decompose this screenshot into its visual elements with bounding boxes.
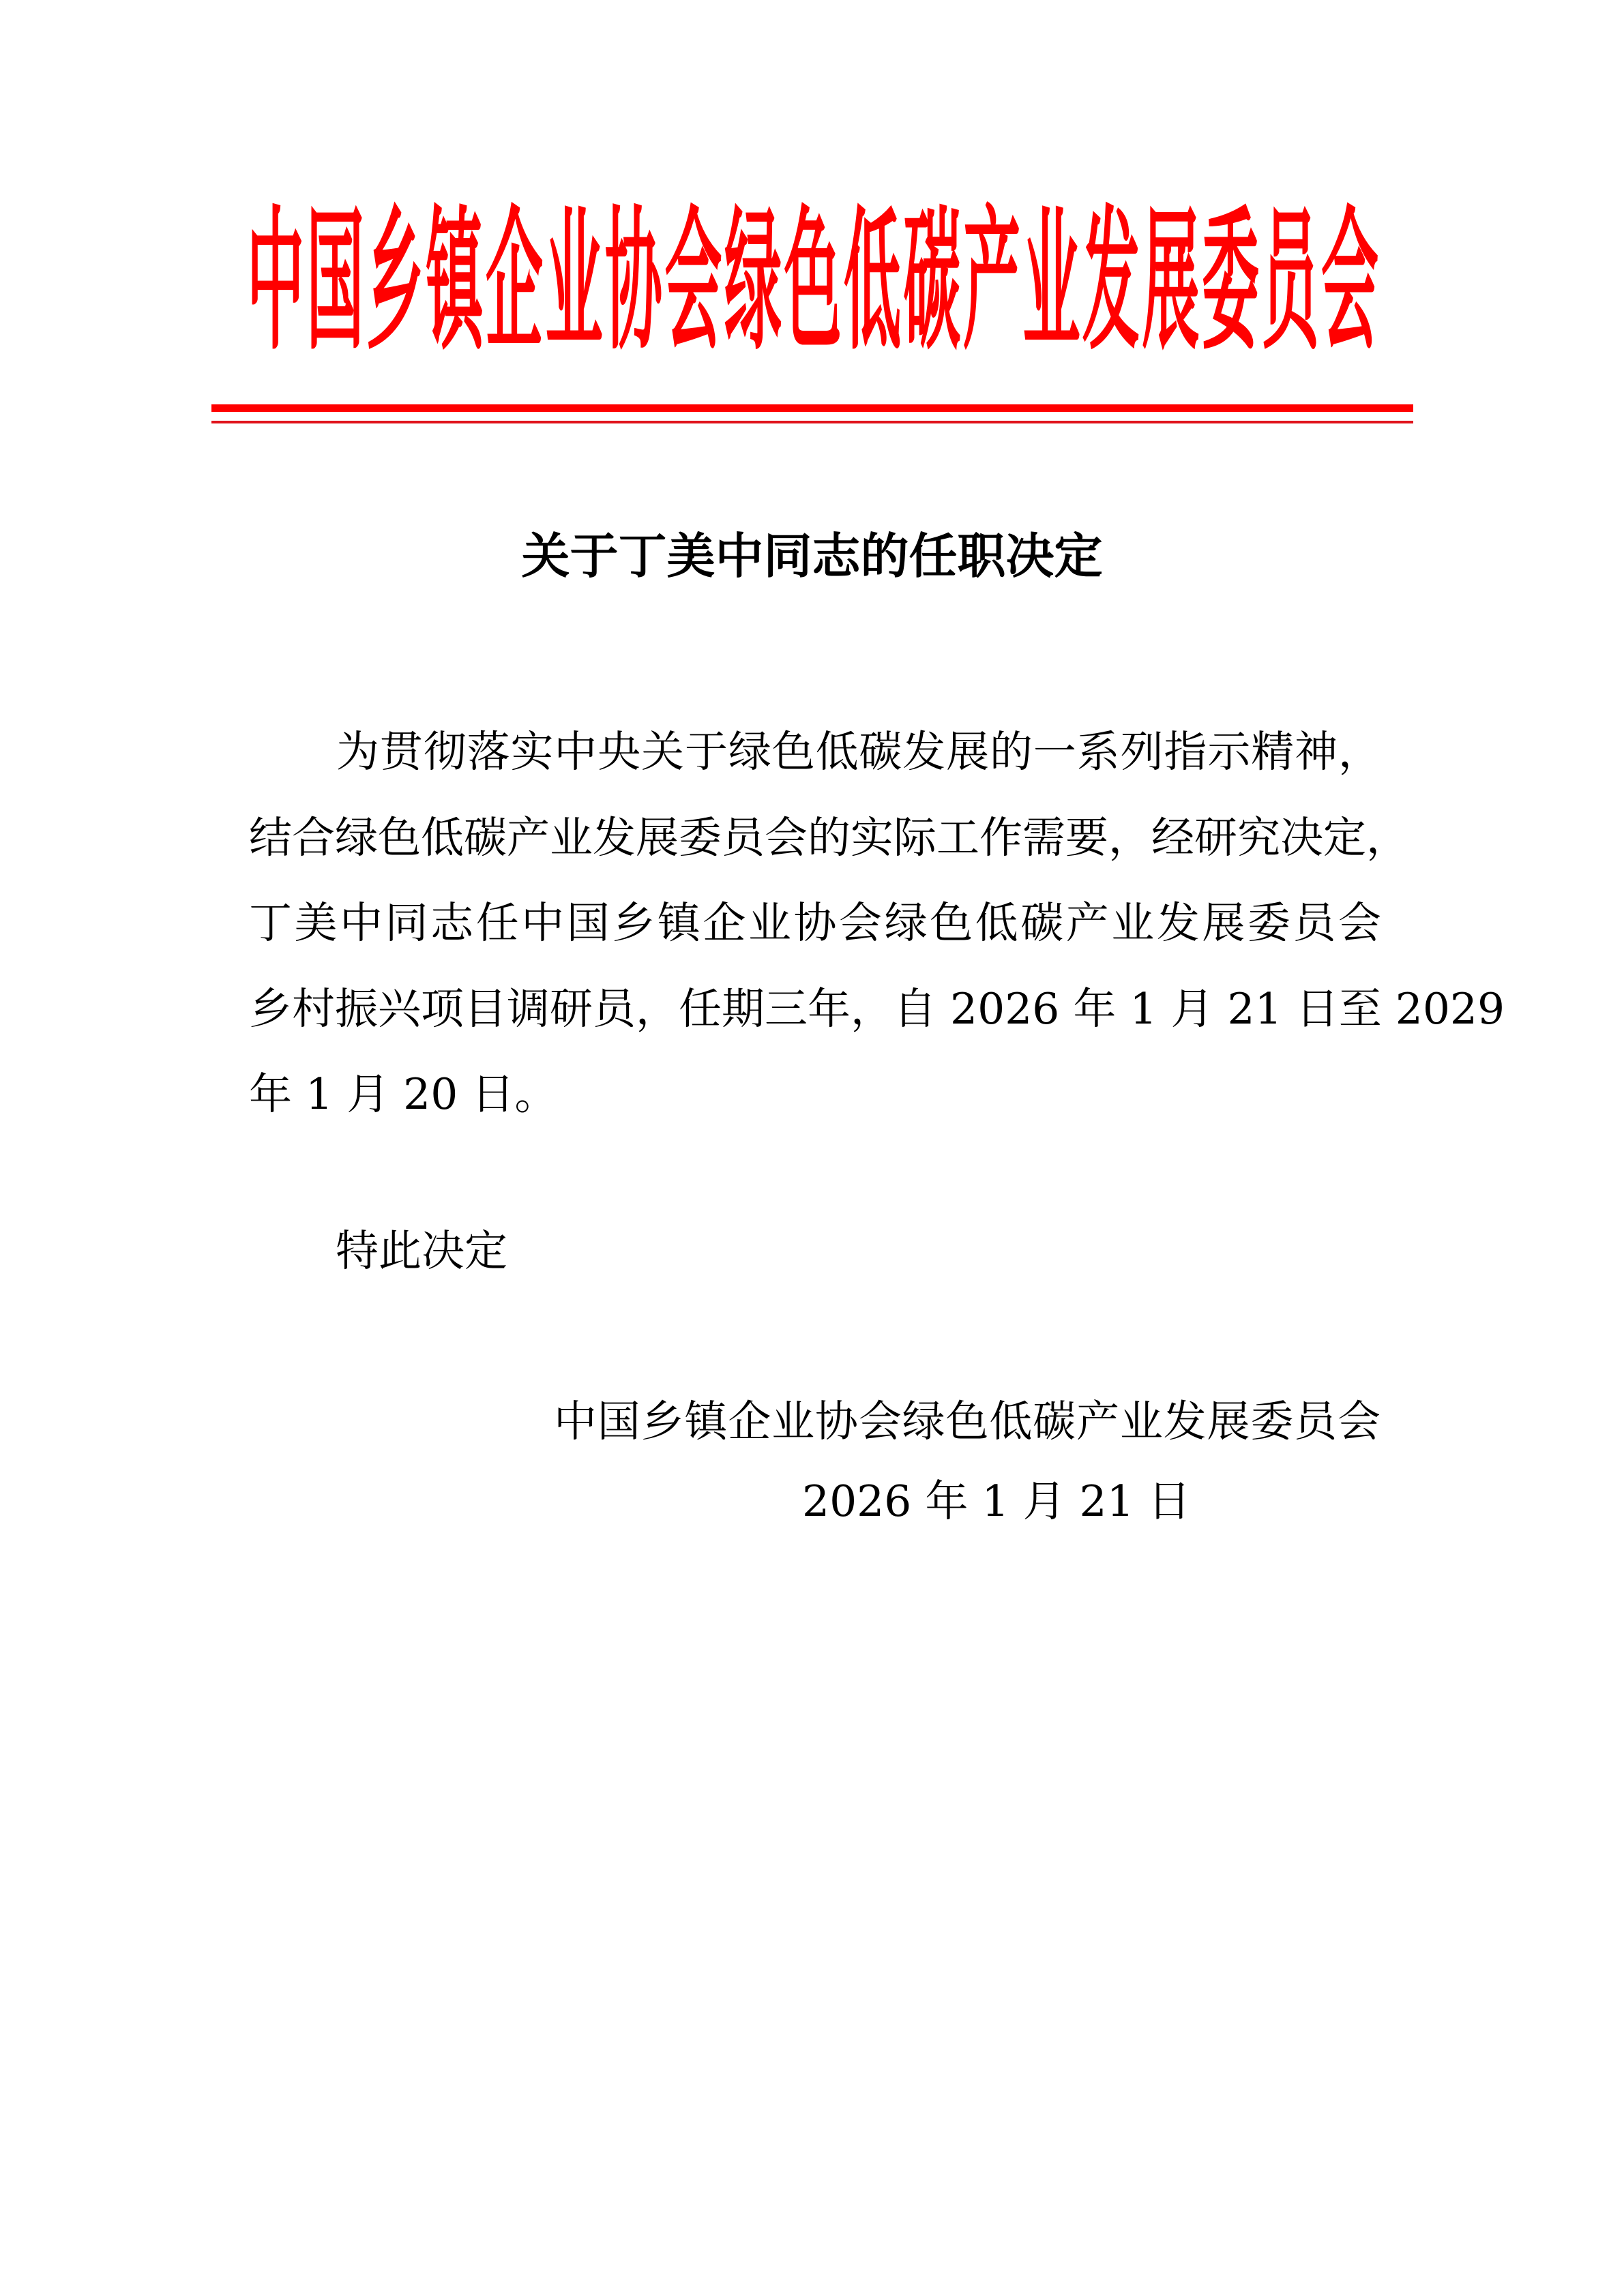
- body-line-5: 年 1 月 20 日。: [249, 1052, 1381, 1137]
- body-line-2: 结合绿色低碳产业发展委员会的实际工作需要，经研究决定，: [249, 795, 1381, 881]
- body-line-4: 乡村振兴项目调研员，任期三年，自 2026 年 1 月 21 日至 2029: [249, 966, 1381, 1052]
- masthead-organization-name: 中国乡镇企业协会绿色低碳产业发展委员会: [247, 205, 1381, 358]
- signature-date: 2026 年 1 月 21 日: [802, 1471, 1191, 1532]
- document-title: 关于丁美中同志的任职决定: [0, 525, 1624, 586]
- closing-statement: 特此决定: [336, 1221, 507, 1282]
- masthead: 中国乡镇企业协会绿色低碳产业发展委员会: [247, 205, 1381, 358]
- masthead-thin-rule: [211, 421, 1413, 423]
- body-line-1: 为贯彻落实中央关于绿色低碳发展的一系列指示精神，: [249, 709, 1381, 795]
- signature-organization: 中国乡镇企业协会绿色低碳产业发展委员会: [554, 1391, 1381, 1452]
- body-line-3: 丁美中同志任中国乡镇企业协会绿色低碳产业发展委员会: [249, 880, 1381, 966]
- document-body: 为贯彻落实中央关于绿色低碳发展的一系列指示精神， 结合绿色低碳产业发展委员会的实…: [249, 709, 1381, 1137]
- masthead-thick-rule: [211, 404, 1413, 412]
